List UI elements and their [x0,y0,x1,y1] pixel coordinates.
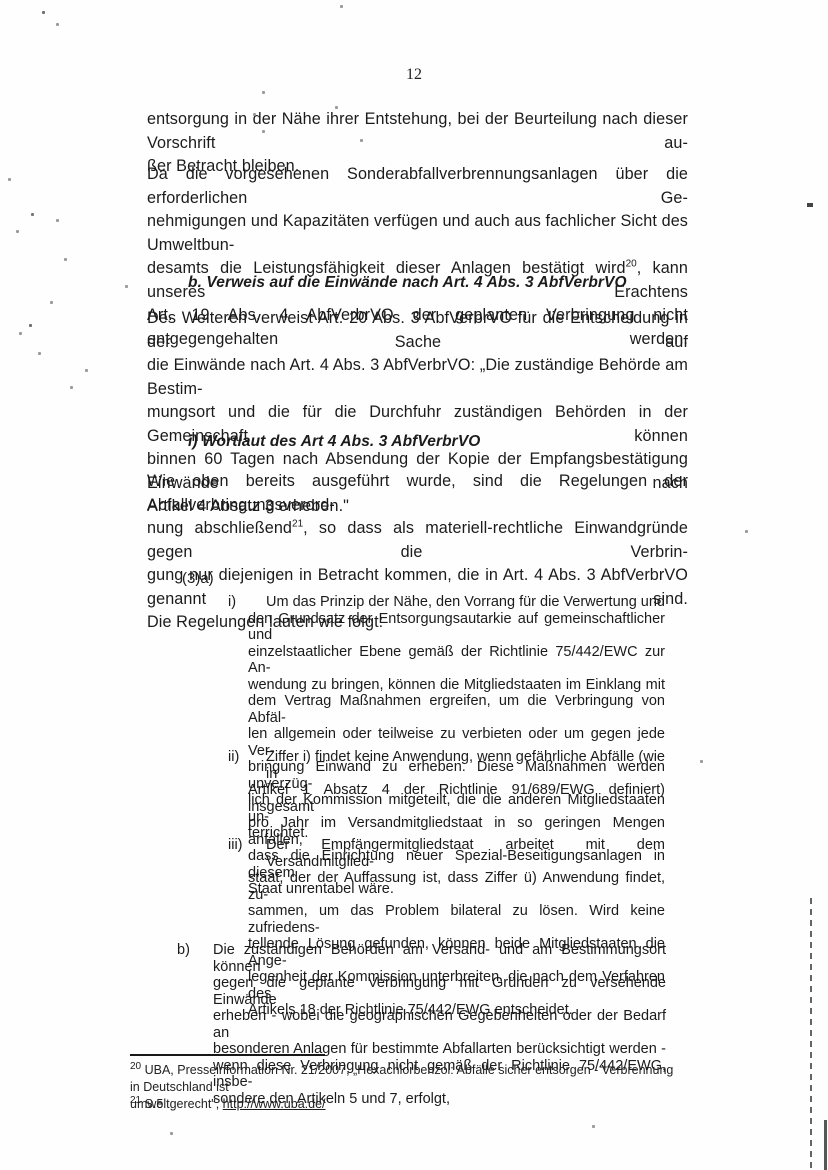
page-number: 12 [0,66,828,84]
scan-speckle [16,230,19,233]
scan-edge-line-bottom [824,1120,827,1170]
text-line: Da die vorgesehenen Sonderabfallverbrenn… [147,163,688,210]
footnote-text: S.5 [141,1097,163,1111]
scan-speckle [56,23,59,26]
scan-speckle [42,11,45,14]
footnote-number: 20 [130,1063,141,1077]
text-line: nehmigungen und Kapazitäten verfügen und… [147,210,688,257]
text-line: gegen die geplante Verbringung mit Gründ… [213,975,666,1008]
footnote-21: 21 S.5 [130,1096,680,1113]
scan-speckle [56,219,59,222]
scan-speckle [335,106,338,109]
scan-edge-line [810,898,812,1170]
scan-speckle [8,178,11,181]
section-heading-b: b. Verweis auf die Einwände nach Art. 4 … [188,274,627,292]
scan-speckle [50,301,53,304]
text-line: erheben - wobei die geographischen Gegeb… [213,1008,666,1041]
list-marker-ii: ii) [228,749,239,766]
footnote-ref-20: 20 [626,259,637,270]
text-line: entsorgung in der Nähe ihrer Entstehung,… [147,108,688,155]
footnote-separator [130,1054,325,1056]
scan-speckle [340,5,343,8]
scan-speckle [745,530,748,533]
scan-edge-mark [807,203,813,207]
list-marker-iii: iii) [228,837,243,854]
scan-speckle [262,130,265,133]
scan-speckle [170,1132,173,1135]
footnote-ref-21: 21 [292,519,303,530]
scan-speckle [253,113,256,116]
footnote-number: 21 [130,1097,141,1111]
text-line: Der Empfängermitgliedstaat arbeitet mit … [248,837,665,870]
scan-speckle [125,285,128,288]
list-intro-label: (3)a) [182,570,214,587]
text-line: einzelstaatlicher Ebene gemäß der Richtl… [248,644,665,677]
text-line: wendung zu bringen, können die Mitglieds… [248,677,665,694]
scan-speckle [70,386,73,389]
section-heading-i: i) Wortlaut des Art 4 Abs. 3 AbfVerbrVO [188,433,480,451]
scan-speckle [700,760,703,763]
text-line: Die zuständigen Behörden am Versand- und… [213,942,666,975]
scan-speckle [85,369,88,372]
text-line: sammen, um das Problem bilateral zu löse… [248,903,665,936]
text-line: nung abschließend21, so dass als materie… [147,517,688,564]
text-line: die Einwände nach Art. 4 Abs. 3 AbfVerbr… [147,354,688,401]
list-marker-b: b) [177,942,190,959]
text-line: Wie oben bereits ausgeführt wurde, sind … [147,470,688,517]
text-line: Des Weiteren verweist Art. 20 Abs. 3 Abf… [147,307,688,354]
document-page: 12 entsorgung in der Nähe ihrer Entstehu… [0,0,828,1170]
text-line: den Grundsatz der Entsorgungsautarkie au… [248,611,665,644]
text-line: dem Vertrag Maßnahmen ergreifen, um die … [248,693,665,726]
scan-speckle [29,324,32,327]
scan-speckle [31,213,34,216]
text-segment: nung abschließend [147,519,292,537]
text-line: Um das Prinzip der Nähe, den Vorrang für… [248,594,665,611]
scan-speckle [262,91,265,94]
scan-speckle [38,352,41,355]
scan-speckle [19,332,22,335]
scan-speckle [64,258,67,261]
text-line: Artikel 1 Absatz 4 der Richtlinie 91/689… [248,782,665,815]
text-line: staat, der der Auffassung ist, dass Ziff… [248,870,665,903]
footnote-text: UBA, Presseinformation Nr. 21/2007, „Hex… [130,1063,673,1094]
list-marker-i: i) [228,594,236,611]
text-line: Ziffer i) findet keine Anwendung, wenn g… [248,749,665,782]
scan-speckle [592,1125,595,1128]
scan-speckle [360,139,363,142]
